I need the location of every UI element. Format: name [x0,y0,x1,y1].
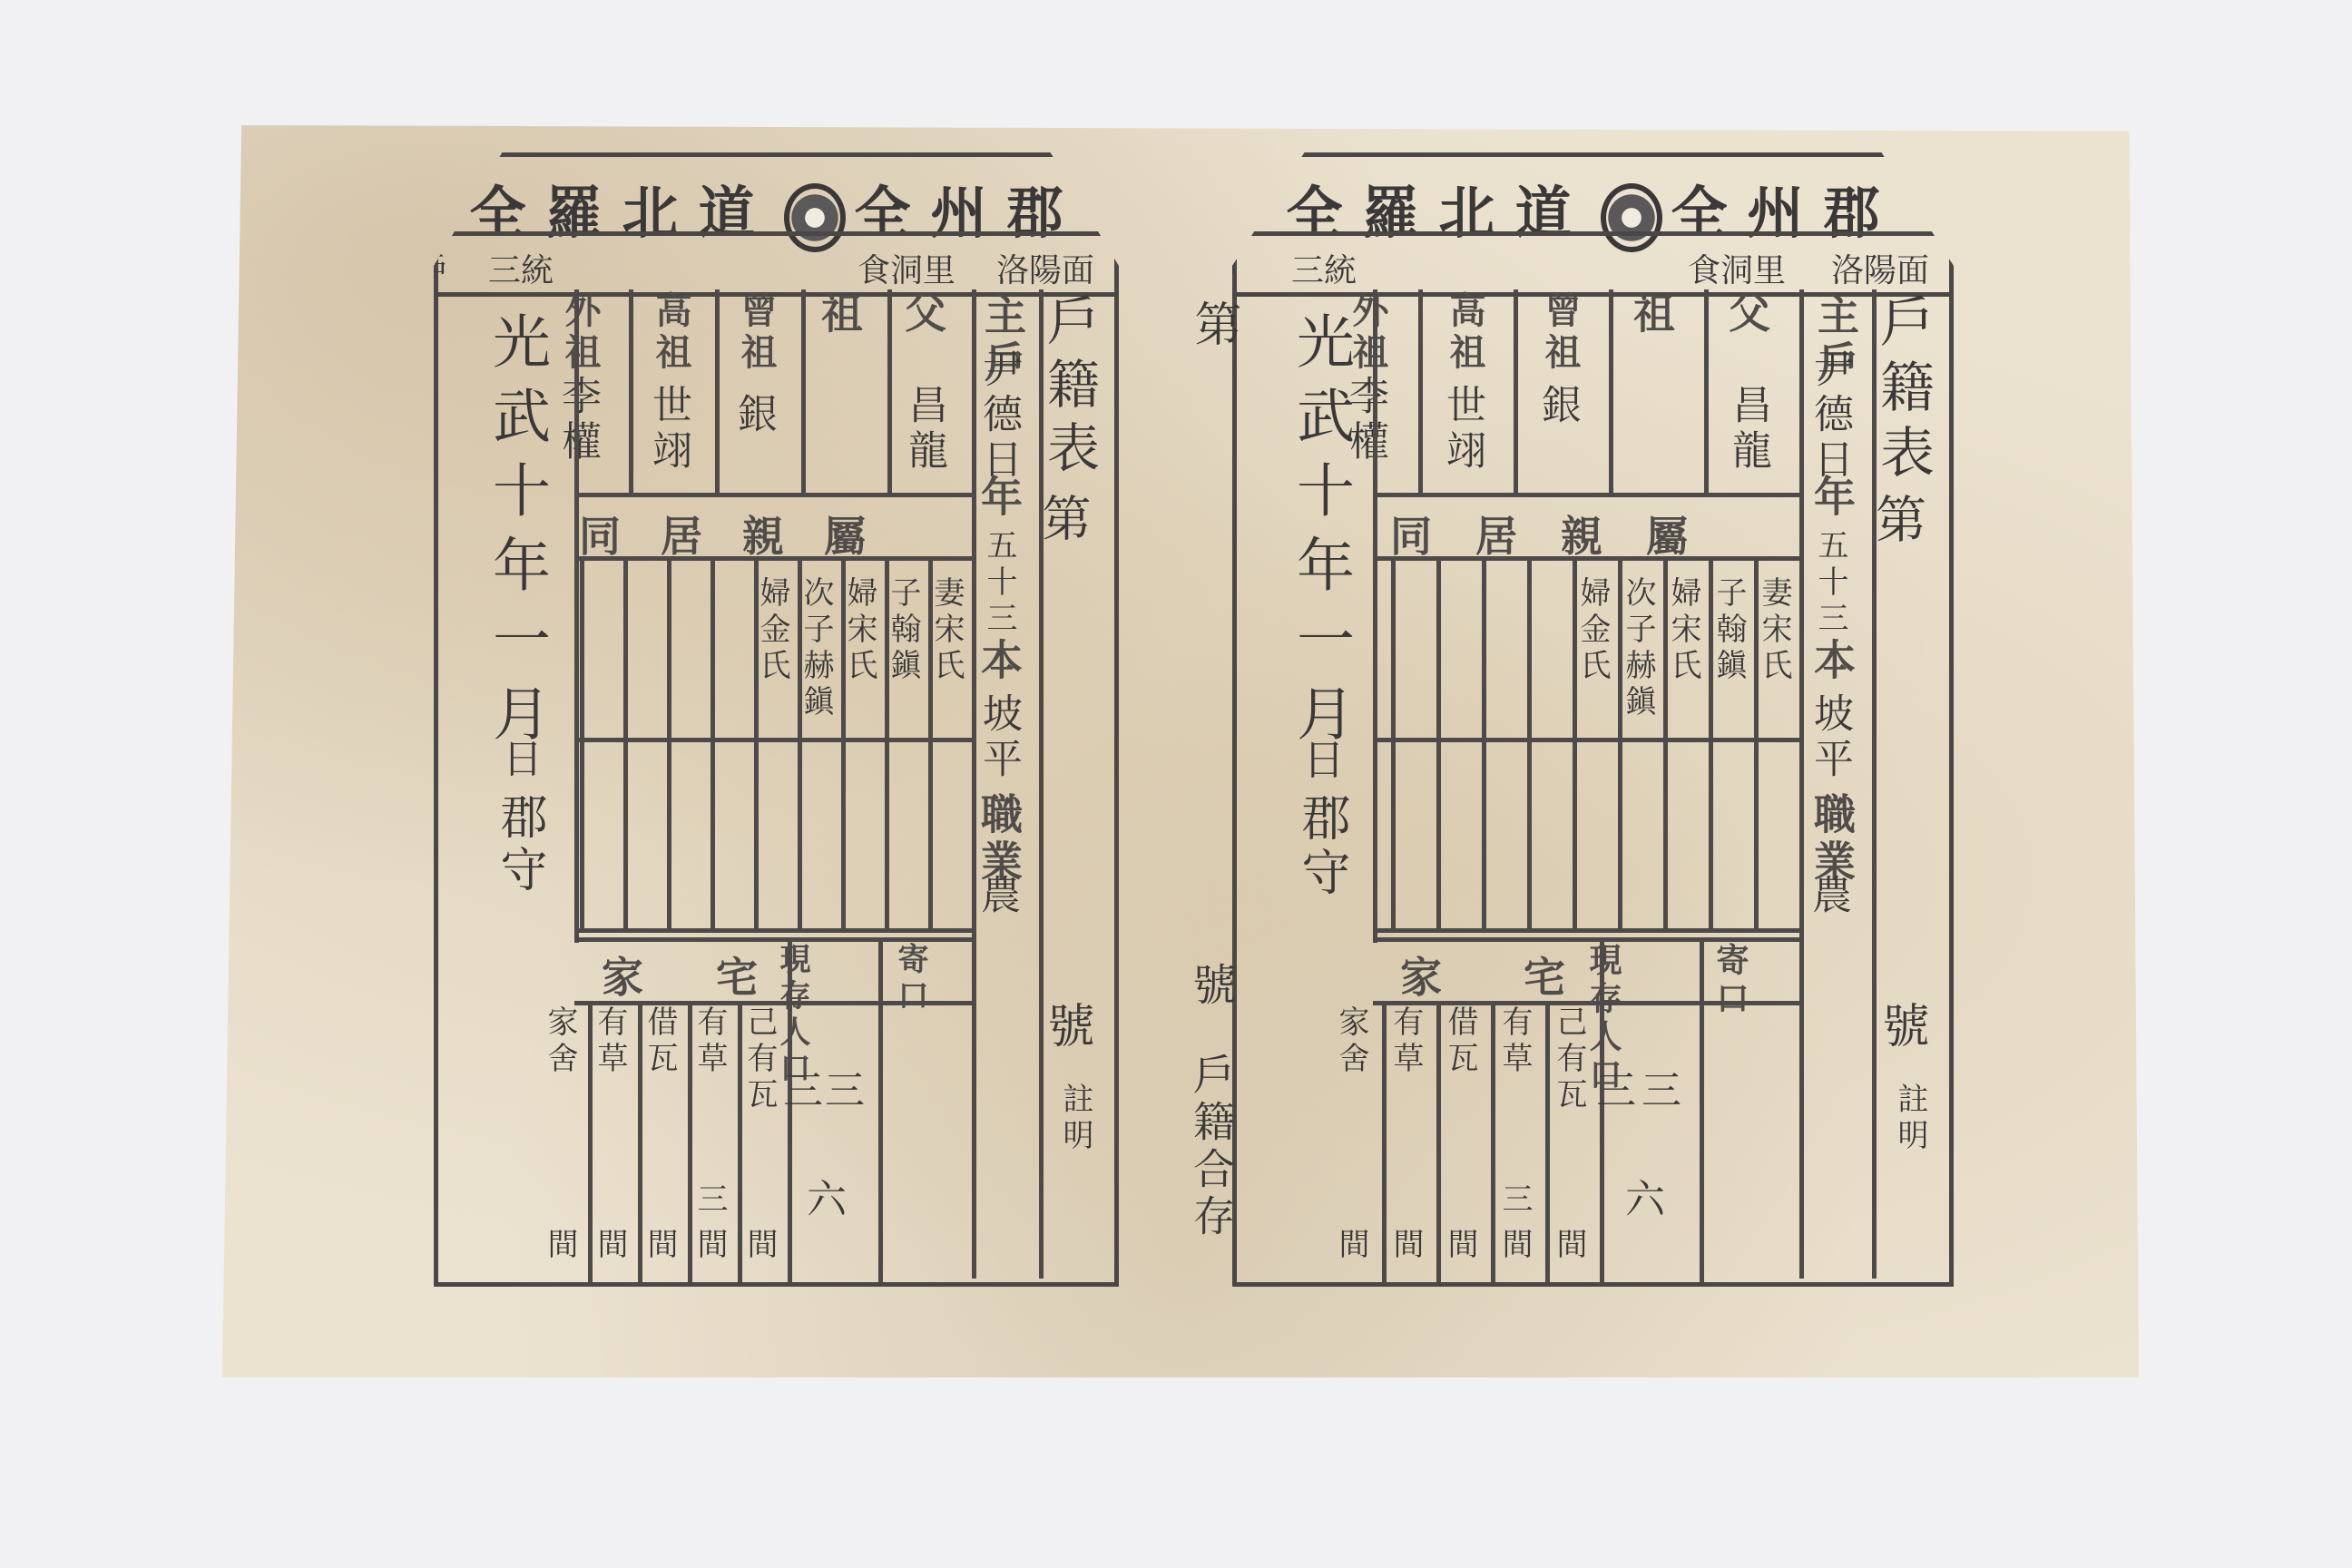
month: 一 [1287,609,1354,683]
divider [574,493,976,497]
great-great-grandfather-name: 世翊 [639,384,697,475]
era: 光武 [1287,311,1354,460]
lodger-header: 寄口 [1708,943,1754,1019]
right-register-form: 全羅北道全州郡 洛陽面 食洞里 三統 八戶 戶籍表 第 號 註明 主戶 尹德日 … [1232,152,1954,1287]
district: 洛陽面 [996,245,1094,291]
divider [1482,556,1486,928]
unit-label: 間 [538,1228,583,1264]
cohabitant-5: 婦金氏 [1571,576,1615,685]
remarks-label: 註明 [1888,1083,1933,1155]
divider [574,738,976,742]
divider [972,289,976,1279]
great-grandfather-name: 銀 [1528,384,1586,429]
official-title: 郡守 [1288,792,1357,901]
divider [580,556,584,928]
year-label: 年 [483,534,550,609]
cohabitant-2: 子翰鎭 [881,576,926,685]
village: 食洞里 [1688,245,1786,291]
divider [887,289,892,496]
tong: 三統 [1291,245,1357,291]
divider [1373,928,1804,933]
left-register-form: 全羅北道全州郡 洛陽面 食洞里 三統 八戶 戶籍表 第 號 註明 主戶 尹德日 … [434,152,1119,1287]
father-header: 父 [1717,291,1777,338]
divider [1418,289,1423,496]
house-thatch-count: 三 [688,1182,732,1219]
occupation-label: 職業 [969,792,1029,887]
cohabitant-4: 次子赫鎭 [794,576,838,721]
head-origin: 坡平 [1800,692,1858,783]
cohabitants-header: 同居親屬 [1390,504,1731,563]
great-grandfather-header: 曾祖 [730,291,782,375]
cohabitants-header: 同居親屬 [579,504,906,563]
house-col-rent-thatch: 有草 [1384,1005,1428,1078]
tong: 三統 [488,245,554,291]
father-header: 父 [893,291,953,338]
divider [574,937,976,942]
unit-label: 間 [1329,1228,1374,1264]
divider [1872,289,1877,1279]
unit-label: 間 [1547,1228,1592,1264]
population-female: 三 [1583,1069,1641,1114]
cohabitant-5: 婦金氏 [750,576,795,685]
divider [801,289,806,496]
house-col-rent-tile: 借瓦 [638,1005,682,1078]
divider [1039,289,1044,1279]
head-name: 尹德日 [1800,348,1858,484]
day-label: 日 [489,738,547,783]
divider [1700,937,1704,1282]
head-name: 尹德日 [969,348,1027,484]
divider [1373,289,1377,943]
year: 十 [1287,460,1354,534]
divider [667,556,671,928]
number-label: 第 [1860,493,1933,549]
population-total: 六 [793,1178,851,1223]
divider [878,937,883,1282]
unit-label: 間 [738,1228,782,1264]
year: 十 [483,460,550,534]
father-name: 昌龍 [895,384,953,475]
official-title: 郡守 [485,792,554,897]
house-col-rent-tile: 借瓦 [1438,1005,1483,1078]
divider [574,928,976,933]
divider [574,556,976,561]
divider [1373,937,1804,942]
month: 一 [483,609,550,683]
father-name: 昌龍 [1719,384,1777,475]
divider [710,556,715,928]
divider [1527,556,1532,928]
cohabitant-2: 子翰鎭 [1707,576,1751,685]
house-col-total: 家舍 [538,1005,583,1078]
divider [1514,289,1518,496]
house-col-rent-thatch: 有草 [588,1005,632,1078]
unit-label: 間 [688,1228,732,1264]
cohabitant-1: 妻宋氏 [925,576,969,685]
age-label: 年 [1802,475,1862,522]
origin-label: 本 [1802,638,1862,685]
head-origin: 坡平 [969,692,1027,783]
origin-label: 本 [969,638,1029,685]
district: 洛陽面 [1831,245,1929,291]
village: 食洞里 [857,245,955,291]
head-occupation: 農 [1798,874,1857,919]
era: 光武 [483,311,550,460]
age-label: 年 [969,475,1029,522]
house-col-total: 家舍 [1329,1005,1374,1078]
maternal-grandfather-header: 外祖 [554,291,606,375]
divider [1704,289,1709,496]
cohabitant-4: 次子赫鎭 [1616,576,1661,721]
cohabitant-3: 婦宋氏 [1661,576,1706,685]
population-female: 三 [769,1069,828,1114]
divider [1373,493,1804,497]
remarks-label: 註明 [1053,1083,1098,1155]
great-grandfather-name: 銀 [724,393,782,438]
unit-label: 間 [638,1228,682,1264]
unit-label: 間 [588,1228,632,1264]
house-col-own-thatch: 有草 [1493,1005,1537,1078]
year-label: 年 [1287,534,1354,609]
address-row: 洛陽面 食洞里 三統 八戶 [438,231,1114,297]
divider [1391,556,1396,928]
divider [715,289,720,496]
margin-number-label: 第 [1180,299,1248,352]
divider [623,556,628,928]
unit-label: 間 [1493,1228,1537,1264]
divider [629,289,633,496]
date-line: 光武十年一月 [475,311,558,758]
great-great-grandfather-header: 高祖 [1439,291,1491,375]
date-line: 光武十年一月 [1279,311,1362,758]
occupation-label: 職業 [1802,792,1862,887]
great-great-grandfather-name: 世翊 [1433,384,1491,475]
house-thatch-count: 三 [1493,1182,1537,1219]
great-grandfather-header: 曾祖 [1534,291,1586,375]
unit-label: 間 [1384,1228,1428,1264]
house-col-own-thatch: 有草 [688,1005,732,1078]
number-suffix: 號 [1867,1001,1935,1053]
cohabitant-1: 妻宋氏 [1752,576,1797,685]
head-age: 五十三 [1808,529,1853,638]
divider [574,289,579,943]
address-row: 洛陽面 食洞里 三統 八戶 [1237,231,1949,297]
margin-seal-note: 戶籍合存 [1181,1053,1241,1241]
day-label: 日 [1291,738,1351,785]
divider [1609,289,1613,496]
unit-label: 間 [1438,1228,1483,1264]
grandfather-header: 祖 [809,291,869,338]
great-great-grandfather-header: 高祖 [645,291,697,375]
head-age: 五十三 [977,529,1022,638]
grandfather-header: 祖 [1622,291,1681,338]
margin-number-suffix: 號 [1180,962,1242,1011]
population-total: 六 [1612,1178,1670,1223]
divider [1799,289,1804,1279]
cohabitant-3: 婦宋氏 [838,576,882,685]
divider [1436,556,1441,928]
